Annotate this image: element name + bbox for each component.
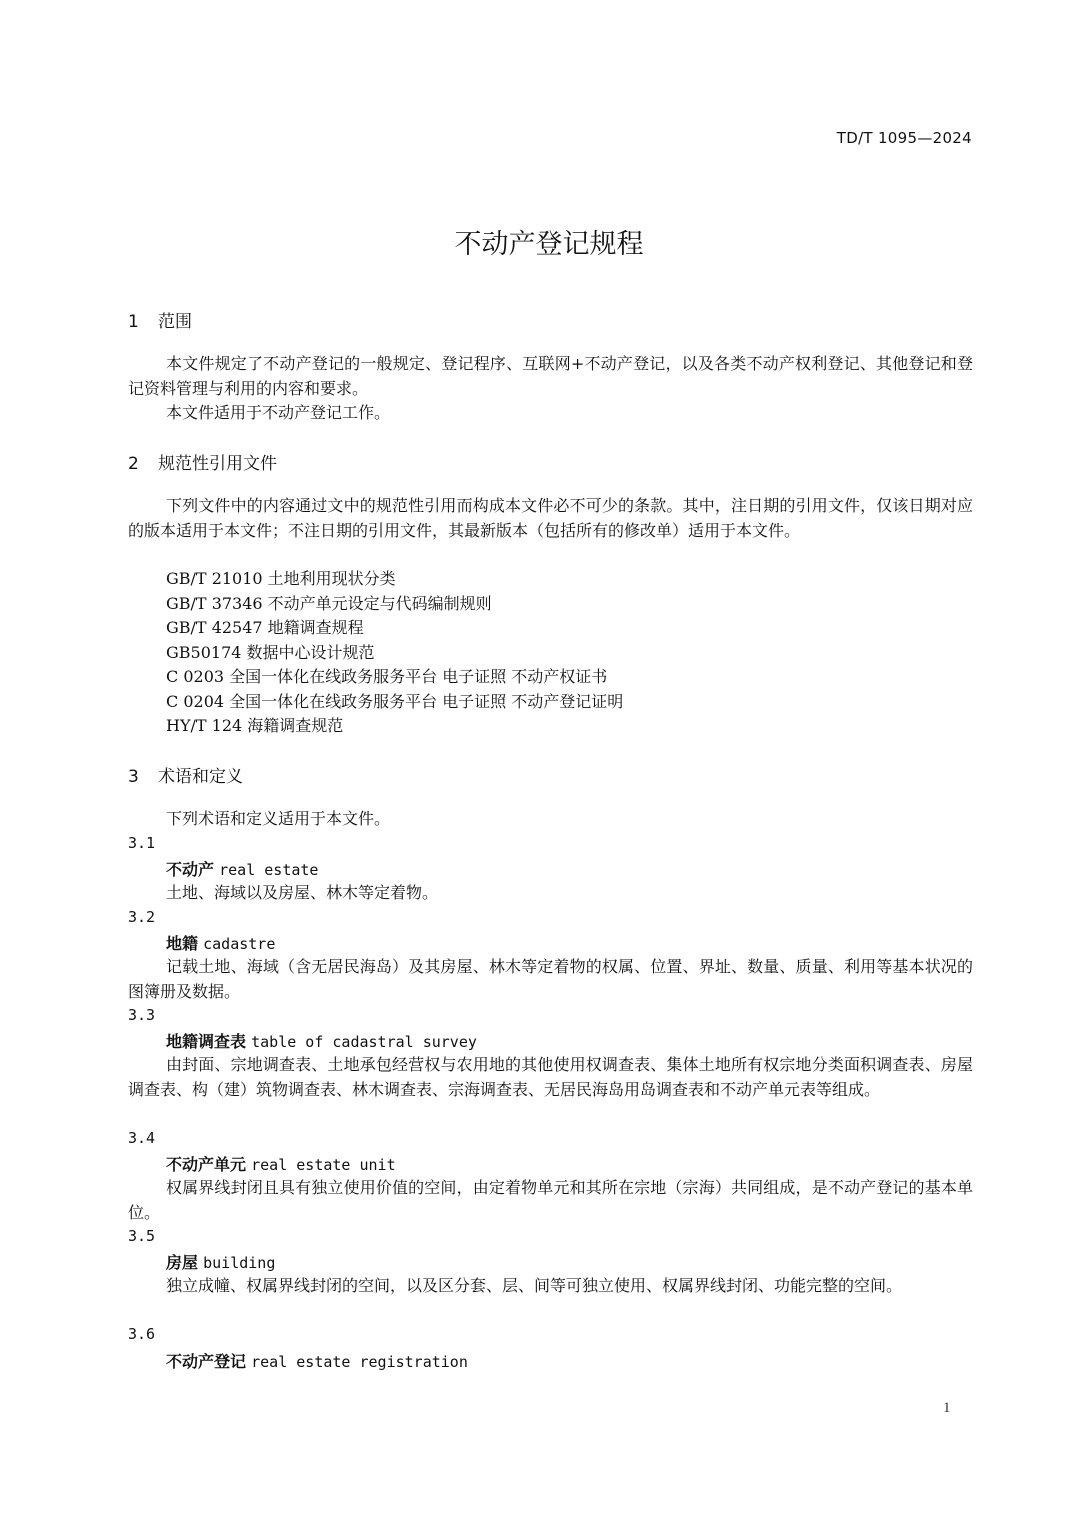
paragraph: 本文件适用于不动产登记工作。 bbox=[128, 401, 973, 426]
section-heading-normative-references: 2规范性引用文件 bbox=[128, 449, 277, 474]
term-entry: 房屋 building bbox=[166, 1250, 275, 1273]
reference-item: C 0203 全国一体化在线政务服务平台 电子证照 不动产权证书 bbox=[166, 665, 607, 690]
term-number: 3.4 bbox=[128, 1129, 155, 1147]
term-zh: 地籍调查表 bbox=[166, 1032, 246, 1051]
term-en: real estate registration bbox=[251, 1353, 468, 1371]
document-title: 不动产登记规程 bbox=[0, 222, 1074, 261]
term-number: 3.3 bbox=[128, 1006, 155, 1024]
term-number: 3.1 bbox=[128, 834, 155, 852]
paragraph: 本文件规定了不动产登记的一般规定、登记程序、互联网+不动产登记，以及各类不动产权… bbox=[128, 352, 973, 401]
section-heading-terms-definitions: 3术语和定义 bbox=[128, 762, 243, 787]
reference-item: HY/T 124 海籍调查规范 bbox=[166, 714, 343, 739]
term-entry: 地籍 cadastre bbox=[166, 931, 275, 954]
term-en: real estate bbox=[219, 861, 318, 879]
section-number: 3 bbox=[128, 767, 158, 787]
paragraph: 下列文件中的内容通过文中的规范性引用而构成本文件必不可少的条款。其中，注日期的引… bbox=[128, 494, 973, 543]
term-entry: 不动产登记 real estate registration bbox=[166, 1349, 468, 1372]
term-zh: 不动产单元 bbox=[166, 1155, 246, 1174]
reference-item: GB/T 42547 地籍调查规程 bbox=[166, 616, 364, 641]
term-zh: 不动产登记 bbox=[166, 1352, 246, 1371]
reference-item: GB50174 数据中心设计规范 bbox=[166, 641, 375, 666]
section-title: 术语和定义 bbox=[158, 767, 243, 787]
term-zh: 房屋 bbox=[166, 1253, 198, 1272]
section-title: 范围 bbox=[158, 312, 192, 332]
term-en: cadastre bbox=[203, 935, 275, 953]
reference-item: GB/T 21010 土地利用现状分类 bbox=[166, 567, 396, 592]
section-heading-scope: 1范围 bbox=[128, 307, 192, 332]
term-entry: 地籍调查表 table of cadastral survey bbox=[166, 1029, 477, 1052]
term-en: real estate unit bbox=[251, 1156, 396, 1174]
document-code: TD/T 1095—2024 bbox=[837, 129, 972, 147]
term-definition: 土地、海域以及房屋、林木等定着物。 bbox=[128, 881, 973, 906]
term-zh: 地籍 bbox=[166, 934, 198, 953]
term-en: building bbox=[203, 1254, 275, 1272]
term-entry: 不动产单元 real estate unit bbox=[166, 1152, 396, 1175]
term-definition: 独立成幢、权属界线封闭的空间，以及区分套、层、间等可独立使用、权属界线封闭、功能… bbox=[128, 1274, 973, 1299]
term-zh: 不动产 bbox=[166, 860, 214, 879]
term-number: 3.2 bbox=[128, 908, 155, 926]
term-en: table of cadastral survey bbox=[251, 1033, 477, 1051]
page-number: 1 bbox=[943, 1400, 951, 1417]
section-number: 2 bbox=[128, 454, 158, 474]
paragraph: 下列术语和定义适用于本文件。 bbox=[166, 807, 390, 832]
section-number: 1 bbox=[128, 312, 158, 332]
term-definition: 记载土地、海域（含无居民海岛）及其房屋、林木等定着物的权属、位置、界址、数量、质… bbox=[128, 955, 973, 1004]
section-title: 规范性引用文件 bbox=[158, 454, 277, 474]
term-number: 3.6 bbox=[128, 1325, 155, 1343]
term-definition: 权属界线封闭且具有独立使用价值的空间，由定着物单元和其所在宗地（宗海）共同组成，… bbox=[128, 1176, 973, 1225]
reference-item: C 0204 全国一体化在线政务服务平台 电子证照 不动产登记证明 bbox=[166, 690, 623, 715]
term-number: 3.5 bbox=[128, 1227, 155, 1245]
term-entry: 不动产 real estate bbox=[166, 857, 318, 880]
reference-item: GB/T 37346 不动产单元设定与代码编制规则 bbox=[166, 592, 492, 617]
term-definition: 由封面、宗地调查表、土地承包经营权与农用地的其他使用权调查表、集体土地所有权宗地… bbox=[128, 1053, 973, 1102]
